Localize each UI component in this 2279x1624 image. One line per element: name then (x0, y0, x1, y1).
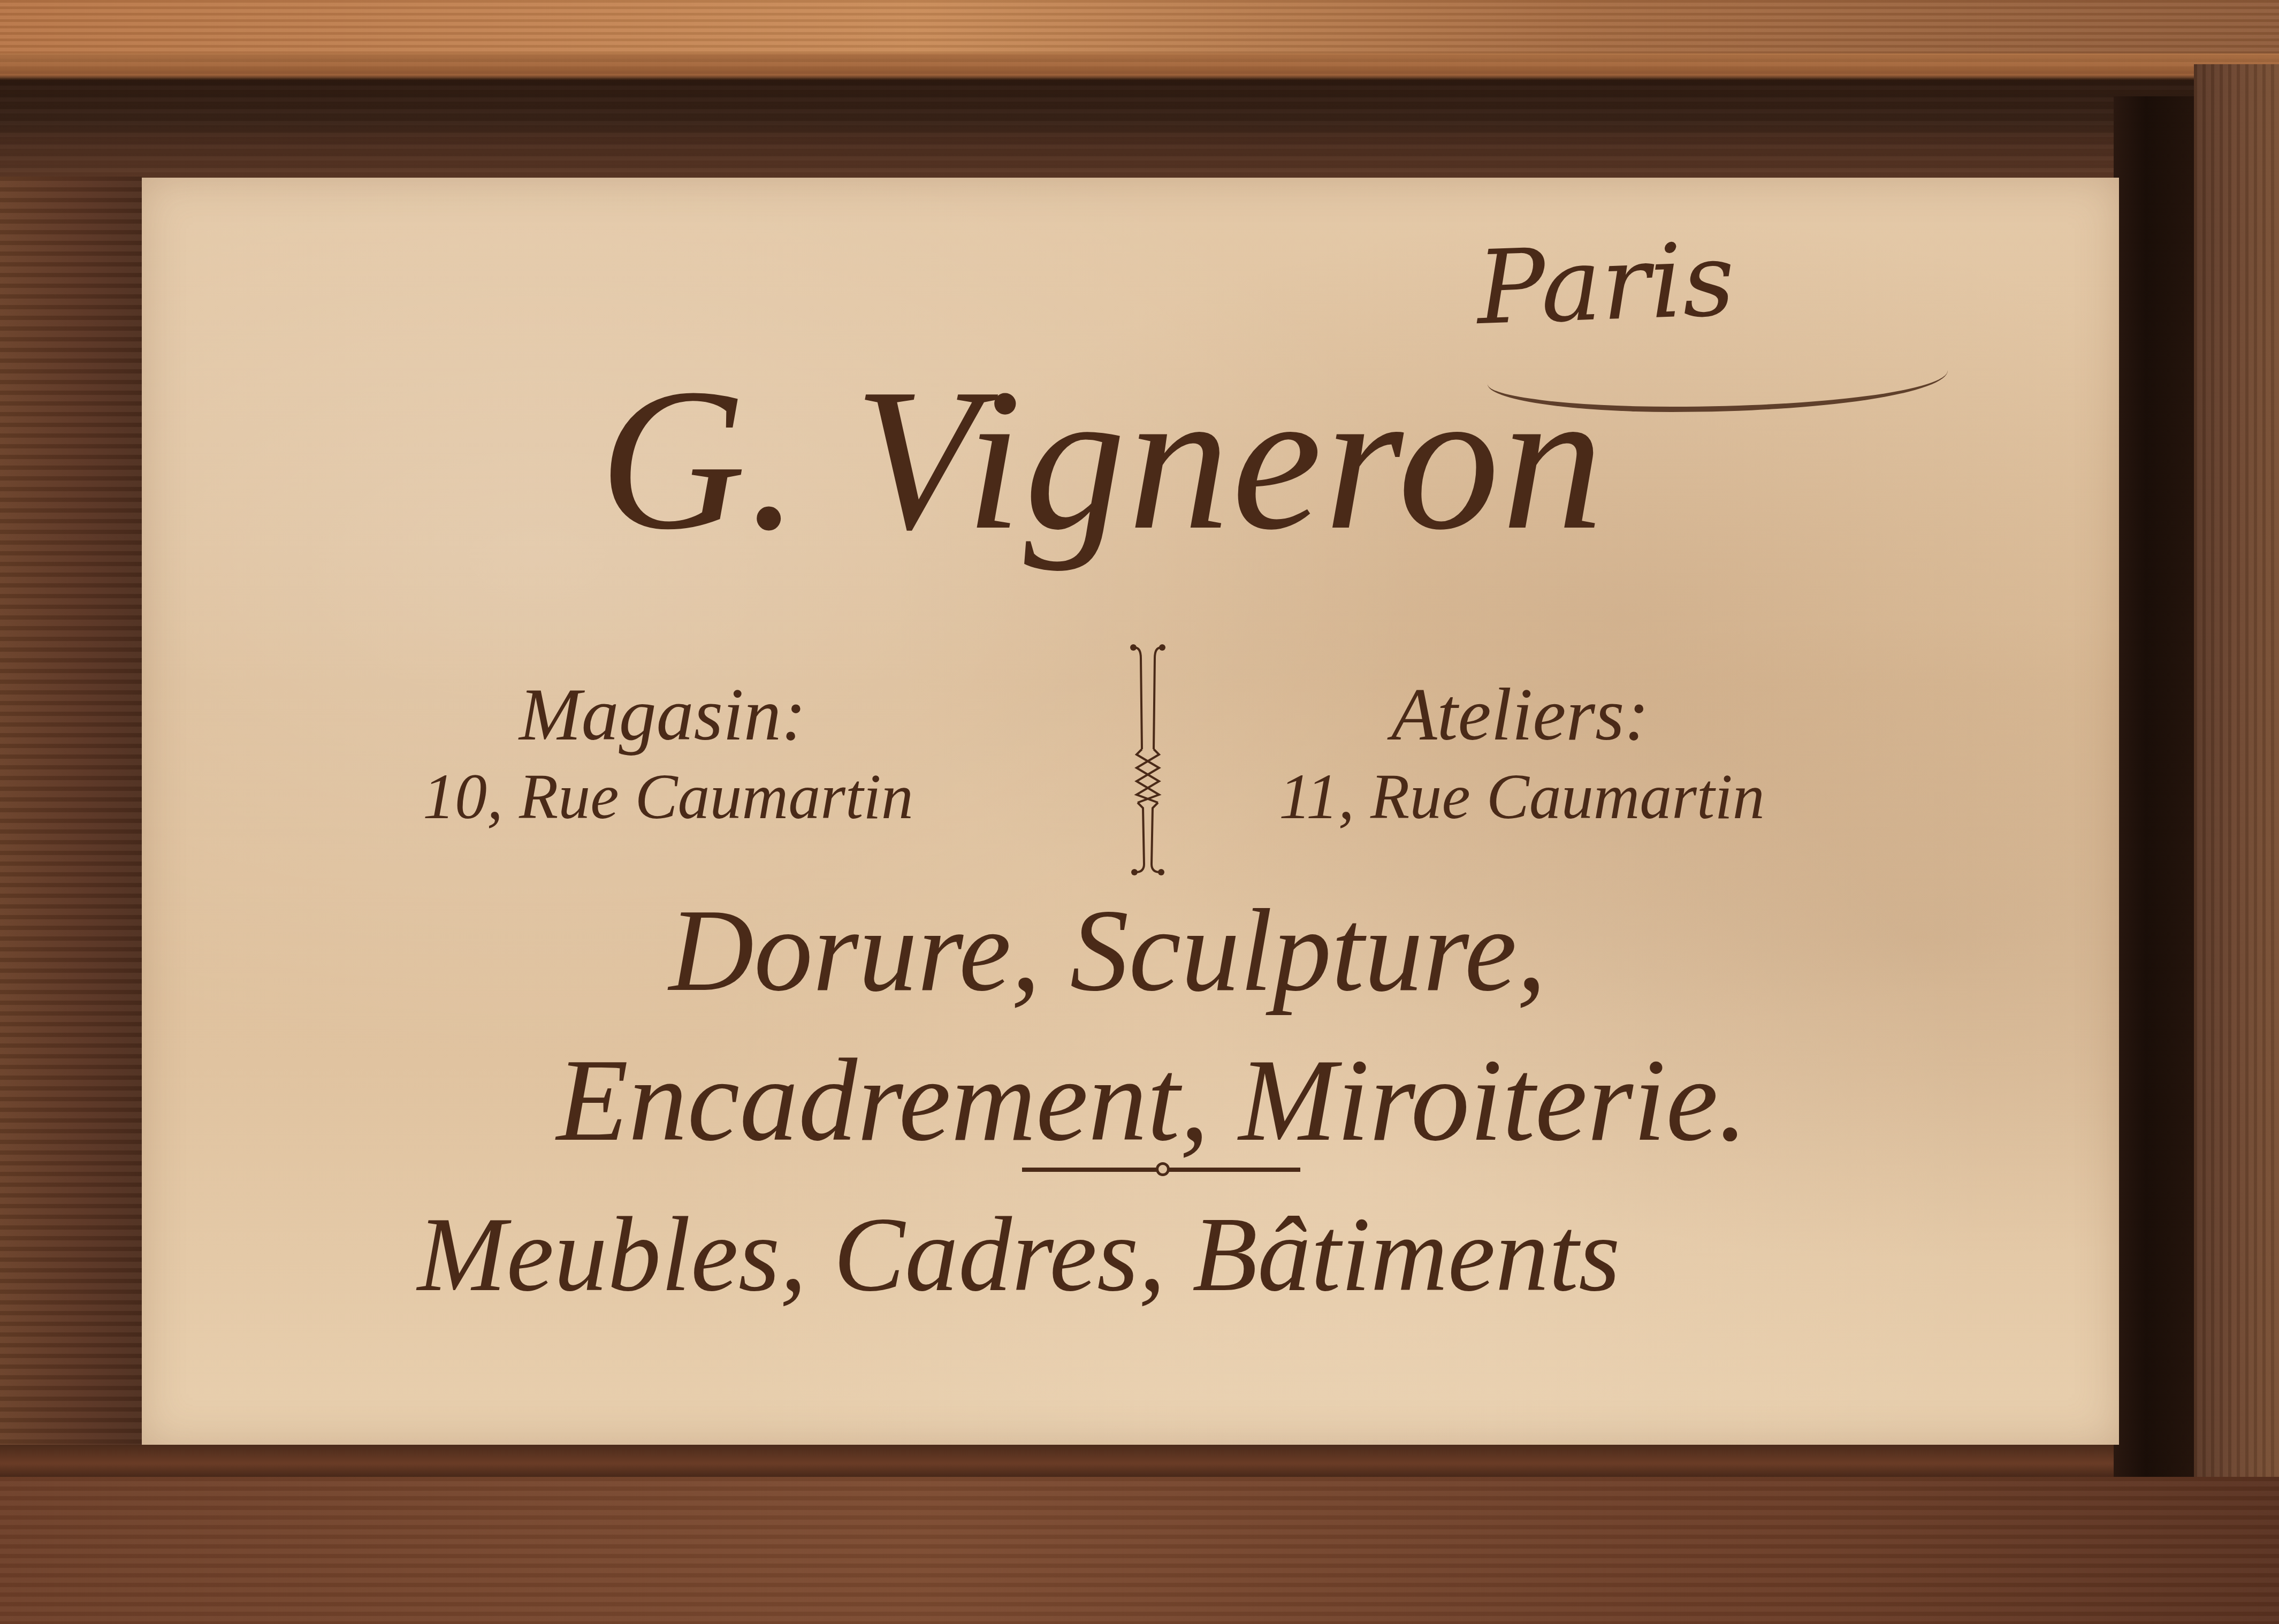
services-line-3: Meubles, Cadres, Bâtiments (417, 1193, 1620, 1316)
rule-center-dot-icon (1156, 1162, 1170, 1176)
wood-left-stile (0, 177, 142, 1471)
workshops-heading: Ateliers: (1391, 672, 1649, 758)
proprietor-name: G. Vigneron (599, 342, 1605, 576)
wood-right-stile (2194, 64, 2279, 1536)
shop-heading: Magasin: (519, 672, 806, 758)
wood-bottom-rail (0, 1477, 2279, 1624)
wood-right-shadow (2114, 96, 2194, 1541)
wood-top-rail (0, 0, 2279, 54)
workshops-address: 11, Rue Caumartin (1279, 760, 1765, 834)
vertical-divider-ornament-icon (1129, 642, 1167, 878)
services-line-1: Dorure, Sculpture, (669, 883, 1546, 1018)
services-line-2: Encadrement, Miroiterie. (557, 1033, 1748, 1168)
shop-address: 10, Rue Caumartin (423, 760, 913, 834)
city-text: Paris (1475, 220, 1736, 348)
